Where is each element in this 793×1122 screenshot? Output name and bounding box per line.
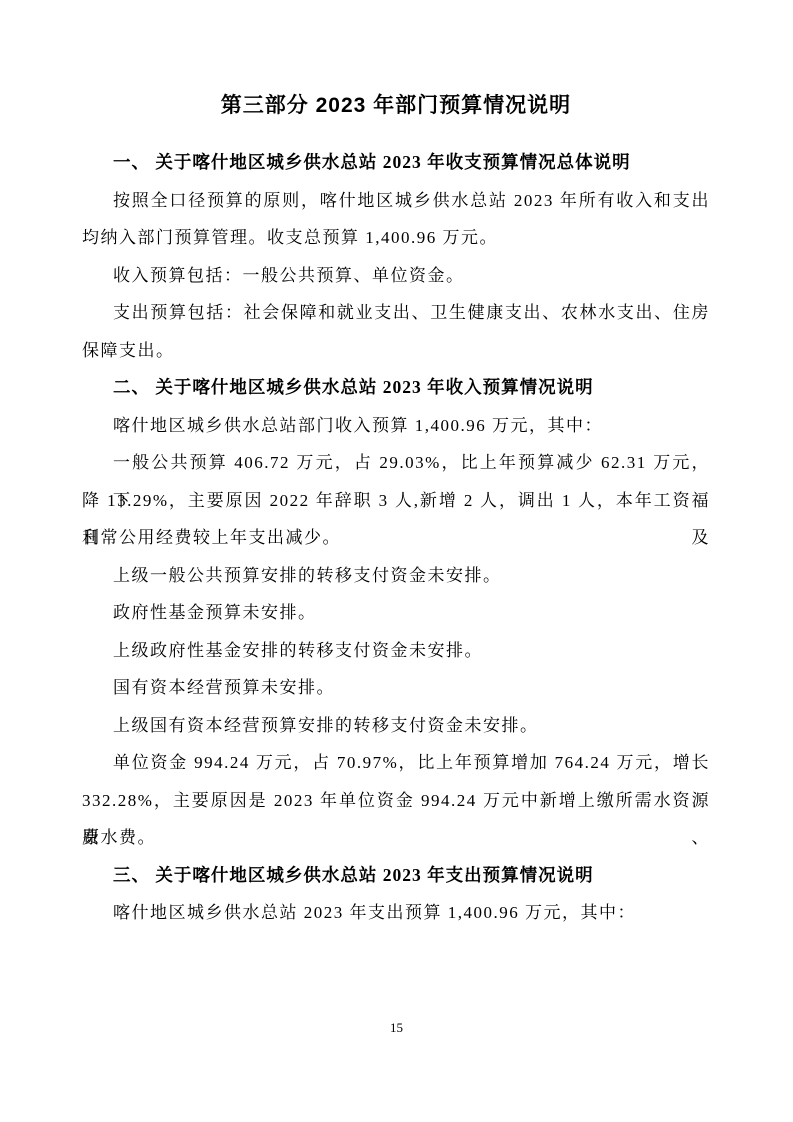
paragraph-line: 上级一般公共预算安排的转移支付资金未安排。 — [82, 557, 710, 595]
document-page: 第三部分 2023 年部门预算情况说明 一、 关于喀什地区城乡供水总站 2023… — [0, 0, 793, 1122]
paragraph-line: 喀什地区城乡供水总站 2023 年支出预算 1,400.96 万元，其中： — [82, 894, 710, 932]
section-heading-1: 一、 关于喀什地区城乡供水总站 2023 年收支预算情况总体说明 — [82, 144, 710, 182]
section-heading-2: 二、 关于喀什地区城乡供水总站 2023 年收入预算情况说明 — [82, 369, 710, 407]
paragraph-line: 一般公共预算 406.72 万元，占 29.03%，比上年预算减少 62.31 … — [82, 444, 710, 482]
paragraph-line: 上级政府性基金安排的转移支付资金未安排。 — [82, 632, 710, 670]
paragraph-line: 单位资金 994.24 万元，占 70.97%，比上年预算增加 764.24 万… — [82, 744, 710, 782]
paragraph-line: 上级国有资本经营预算安排的转移支付资金未安排。 — [82, 707, 710, 745]
section-heading-3: 三、 关于喀什地区城乡供水总站 2023 年支出预算情况说明 — [82, 857, 710, 895]
paragraph-line: 332.28%，主要原因是 2023 年单位资金 994.24 万元中新增上缴所… — [82, 782, 710, 820]
paragraph-line: 降 13.29%，主要原因 2022 年辞职 3 人,新增 2 人，调出 1 人… — [82, 482, 710, 520]
document-content: 第三部分 2023 年部门预算情况说明 一、 关于喀什地区城乡供水总站 2023… — [82, 92, 710, 932]
paragraph-line: 支出预算包括：社会保障和就业支出、卫生健康支出、农林水支出、住房 — [82, 294, 710, 332]
paragraph-line: 国有资本经营预算未安排。 — [82, 669, 710, 707]
document-title: 第三部分 2023 年部门预算情况说明 — [82, 92, 710, 120]
paragraph-line: 按照全口径预算的原则，喀什地区城乡供水总站 2023 年所有收入和支出 — [82, 182, 710, 220]
paragraph-line: 均纳入部门预算管理。收支总预算 1,400.96 万元。 — [82, 219, 710, 257]
paragraph-line: 政府性基金预算未安排。 — [82, 594, 710, 632]
paragraph-line: 喀什地区城乡供水总站部门收入预算 1,400.96 万元，其中： — [82, 407, 710, 445]
paragraph-line: 收入预算包括：一般公共预算、单位资金。 — [82, 257, 710, 295]
page-number: 15 — [0, 1018, 793, 1038]
paragraph-line: 保障支出。 — [82, 332, 710, 370]
